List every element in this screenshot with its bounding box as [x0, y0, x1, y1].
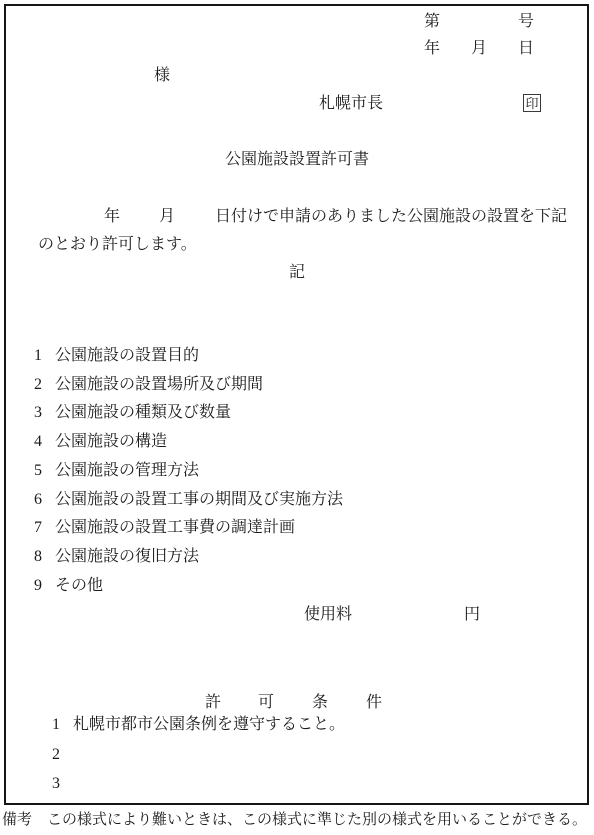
item-number: 9: [34, 577, 55, 595]
item-text: 公園施設の設置目的: [55, 347, 199, 365]
seal-box: 印: [523, 94, 541, 112]
note-text: この様式により難いときは、この様式に準じた別の様式を用いることができる。: [47, 812, 587, 829]
addressee-suffix: 様: [154, 67, 170, 85]
conditions-heading-char: 条: [312, 694, 328, 712]
item-list: 1 公園施設の設置目的 2 公園施設の設置場所及び期間 3 公園施設の種類及び数…: [34, 347, 343, 605]
list-item: 1 公園施設の設置目的: [34, 347, 343, 376]
conditions-heading-char: 可: [258, 694, 274, 712]
date-month-label: 月: [471, 40, 487, 58]
item-text: 公園施設の管理方法: [55, 462, 199, 480]
list-item: 4 公園施設の構造: [34, 433, 343, 462]
item-number: 4: [34, 433, 55, 451]
list-item: 2 公園施設の設置場所及び期間: [34, 376, 343, 405]
conditions-heading-char: 件: [366, 694, 382, 712]
permit-document: 第 号 年 月 日 様 札幌市長 印 公園施設設置許可書 年 月 日付けで申請の…: [0, 0, 594, 835]
ki-marker: 記: [0, 264, 594, 282]
item-number: 8: [34, 548, 55, 566]
body-date-year: 年: [104, 208, 120, 226]
list-item: 9 その他: [34, 577, 343, 606]
item-text: 公園施設の構造: [55, 433, 167, 451]
seal-stamp-character: 印: [525, 97, 538, 110]
item-number: 6: [34, 491, 55, 509]
item-number: 5: [34, 462, 55, 480]
fee-label: 使用料: [304, 606, 352, 624]
item-number: 3: [34, 404, 55, 422]
list-item: 3 公園施設の種類及び数量: [34, 404, 343, 433]
condition-number: 3: [52, 775, 73, 793]
item-text: 公園施設の設置工事費の調達計画: [55, 519, 295, 537]
body-line1-text: 日付けで申請のありました公園施設の設置を下記: [215, 208, 567, 226]
doc-number-prefix: 第: [424, 13, 440, 31]
condition-row: 3: [52, 775, 345, 805]
item-text: その他: [55, 577, 103, 595]
conditions-heading-char: 許: [205, 694, 221, 712]
item-number: 1: [34, 347, 55, 365]
list-item: 8 公園施設の復旧方法: [34, 548, 343, 577]
condition-number: 1: [52, 716, 73, 734]
note-label: 備考: [2, 812, 32, 829]
fee-unit-label: 円: [464, 606, 480, 624]
date-year-label: 年: [424, 40, 440, 58]
condition-text: 札幌市都市公園条例を遵守すること。: [73, 716, 345, 734]
document-title: 公園施設設置許可書: [0, 151, 594, 169]
issuer-name: 札幌市長: [319, 95, 383, 113]
condition-number: 2: [52, 746, 73, 764]
condition-row: 2: [52, 746, 345, 776]
condition-row: 1 札幌市都市公園条例を遵守すること。: [52, 716, 345, 746]
list-item: 5 公園施設の管理方法: [34, 462, 343, 491]
date-day-label: 日: [518, 40, 534, 58]
item-number: 2: [34, 376, 55, 394]
body-date-month: 月: [159, 208, 175, 226]
item-text: 公園施設の復旧方法: [55, 548, 199, 566]
list-item: 7 公園施設の設置工事費の調達計画: [34, 519, 343, 548]
item-text: 公園施設の種類及び数量: [55, 404, 231, 422]
item-text: 公園施設の設置場所及び期間: [55, 376, 263, 394]
conditions-list: 1 札幌市都市公園条例を遵守すること。 2 3: [52, 716, 345, 805]
item-text: 公園施設の設置工事の期間及び実施方法: [55, 491, 343, 509]
body-line2-text: のとおり許可します。: [38, 236, 197, 254]
doc-number-suffix: 号: [518, 13, 534, 31]
list-item: 6 公園施設の設置工事の期間及び実施方法: [34, 491, 343, 520]
item-number: 7: [34, 519, 55, 537]
